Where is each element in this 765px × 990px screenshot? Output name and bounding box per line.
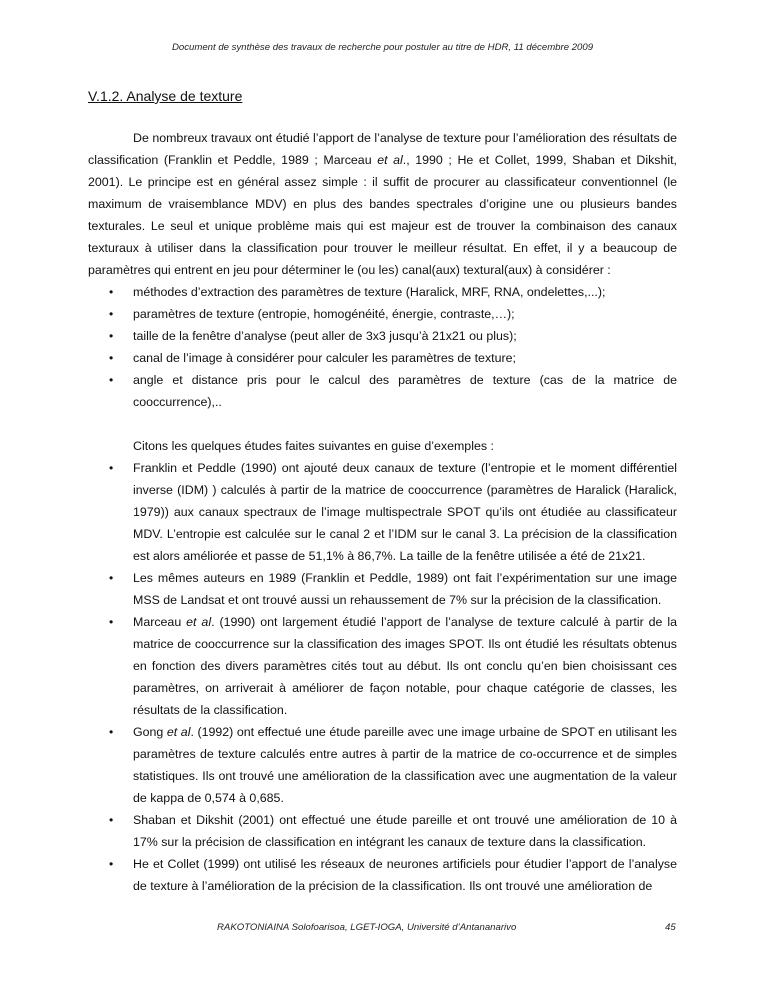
list-item: •taille de la fenêtre d’analyse (peut al… (88, 325, 677, 347)
list-item-text: taille de la fenêtre d’analyse (peut all… (133, 329, 517, 343)
list-item-text: angle et distance pris pour le calcul de… (133, 373, 677, 409)
list-item-text: méthodes d’extraction des paramètres de … (133, 285, 605, 299)
bullet-icon: • (109, 809, 113, 831)
page-number: 45 (665, 922, 676, 933)
footer-author: RAKOTONIAINA Solofoarisoa, LGET-IOGA, Un… (217, 922, 516, 933)
list-item-text-cont: . (1992) ont effectué une étude pareille… (133, 725, 677, 805)
parameters-list: •méthodes d’extraction des paramètres de… (88, 281, 677, 413)
list-item-text: Shaban et Dikshit (2001) ont effectué un… (133, 813, 677, 849)
spacer (88, 413, 677, 435)
list-item-text: Marceau (133, 615, 186, 629)
list-item-text: Gong (133, 725, 167, 739)
bullet-icon: • (109, 369, 113, 391)
list-item: •Gong et al. (1992) ont effectué une étu… (88, 721, 677, 809)
list-item: •angle et distance pris pour le calcul d… (88, 369, 677, 413)
bullet-icon: • (109, 567, 113, 589)
bullet-icon: • (109, 281, 113, 303)
bullet-icon: • (109, 721, 113, 743)
list-item-text: paramètres de texture (entropie, homogén… (133, 307, 515, 321)
et-al-italic: et al (167, 725, 191, 739)
document-page: Document de synthèse des travaux de rech… (0, 0, 765, 990)
examples-intro: Citons les quelques études faites suivan… (88, 435, 677, 457)
list-item: •Franklin et Peddle (1990) ont ajouté de… (88, 457, 677, 567)
bullet-icon: • (109, 347, 113, 369)
list-item-text: Les mêmes auteurs en 1989 (Franklin et P… (133, 571, 677, 607)
list-item-text: canal de l’image à considérer pour calcu… (133, 351, 516, 365)
et-al-italic: et al (377, 153, 403, 167)
list-item: •Les mêmes auteurs en 1989 (Franklin et … (88, 567, 677, 611)
list-item: •paramètres de texture (entropie, homogé… (88, 303, 677, 325)
et-al-italic: et al (186, 615, 211, 629)
section-title: V.1.2. Analyse de texture (88, 88, 242, 104)
list-item-text: Franklin et Peddle (1990) ont ajouté deu… (133, 461, 677, 563)
examples-list: •Franklin et Peddle (1990) ont ajouté de… (88, 457, 677, 897)
body-text: De nombreux travaux ont étudié l’apport … (88, 127, 677, 897)
list-item: •méthodes d’extraction des paramètres de… (88, 281, 677, 303)
bullet-icon: • (109, 457, 113, 479)
list-item: •Marceau et al. (1990) ont largement étu… (88, 611, 677, 721)
list-item-text-cont: . (1990) ont largement étudié l’apport d… (133, 615, 677, 717)
list-item: •He et Collet (1999) ont utilisé les rés… (88, 853, 677, 897)
bullet-icon: • (109, 853, 113, 875)
intro-text-cont: ., 1990 ; He et Collet, 1999, Shaban et … (88, 153, 677, 277)
bullet-icon: • (109, 325, 113, 347)
bullet-icon: • (109, 303, 113, 325)
list-item: •canal de l’image à considérer pour calc… (88, 347, 677, 369)
list-item: •Shaban et Dikshit (2001) ont effectué u… (88, 809, 677, 853)
running-header: Document de synthèse des travaux de rech… (0, 42, 765, 53)
bullet-icon: • (109, 611, 113, 633)
intro-paragraph: De nombreux travaux ont étudié l’apport … (88, 127, 677, 281)
list-item-text: He et Collet (1999) ont utilisé les rése… (133, 857, 677, 893)
